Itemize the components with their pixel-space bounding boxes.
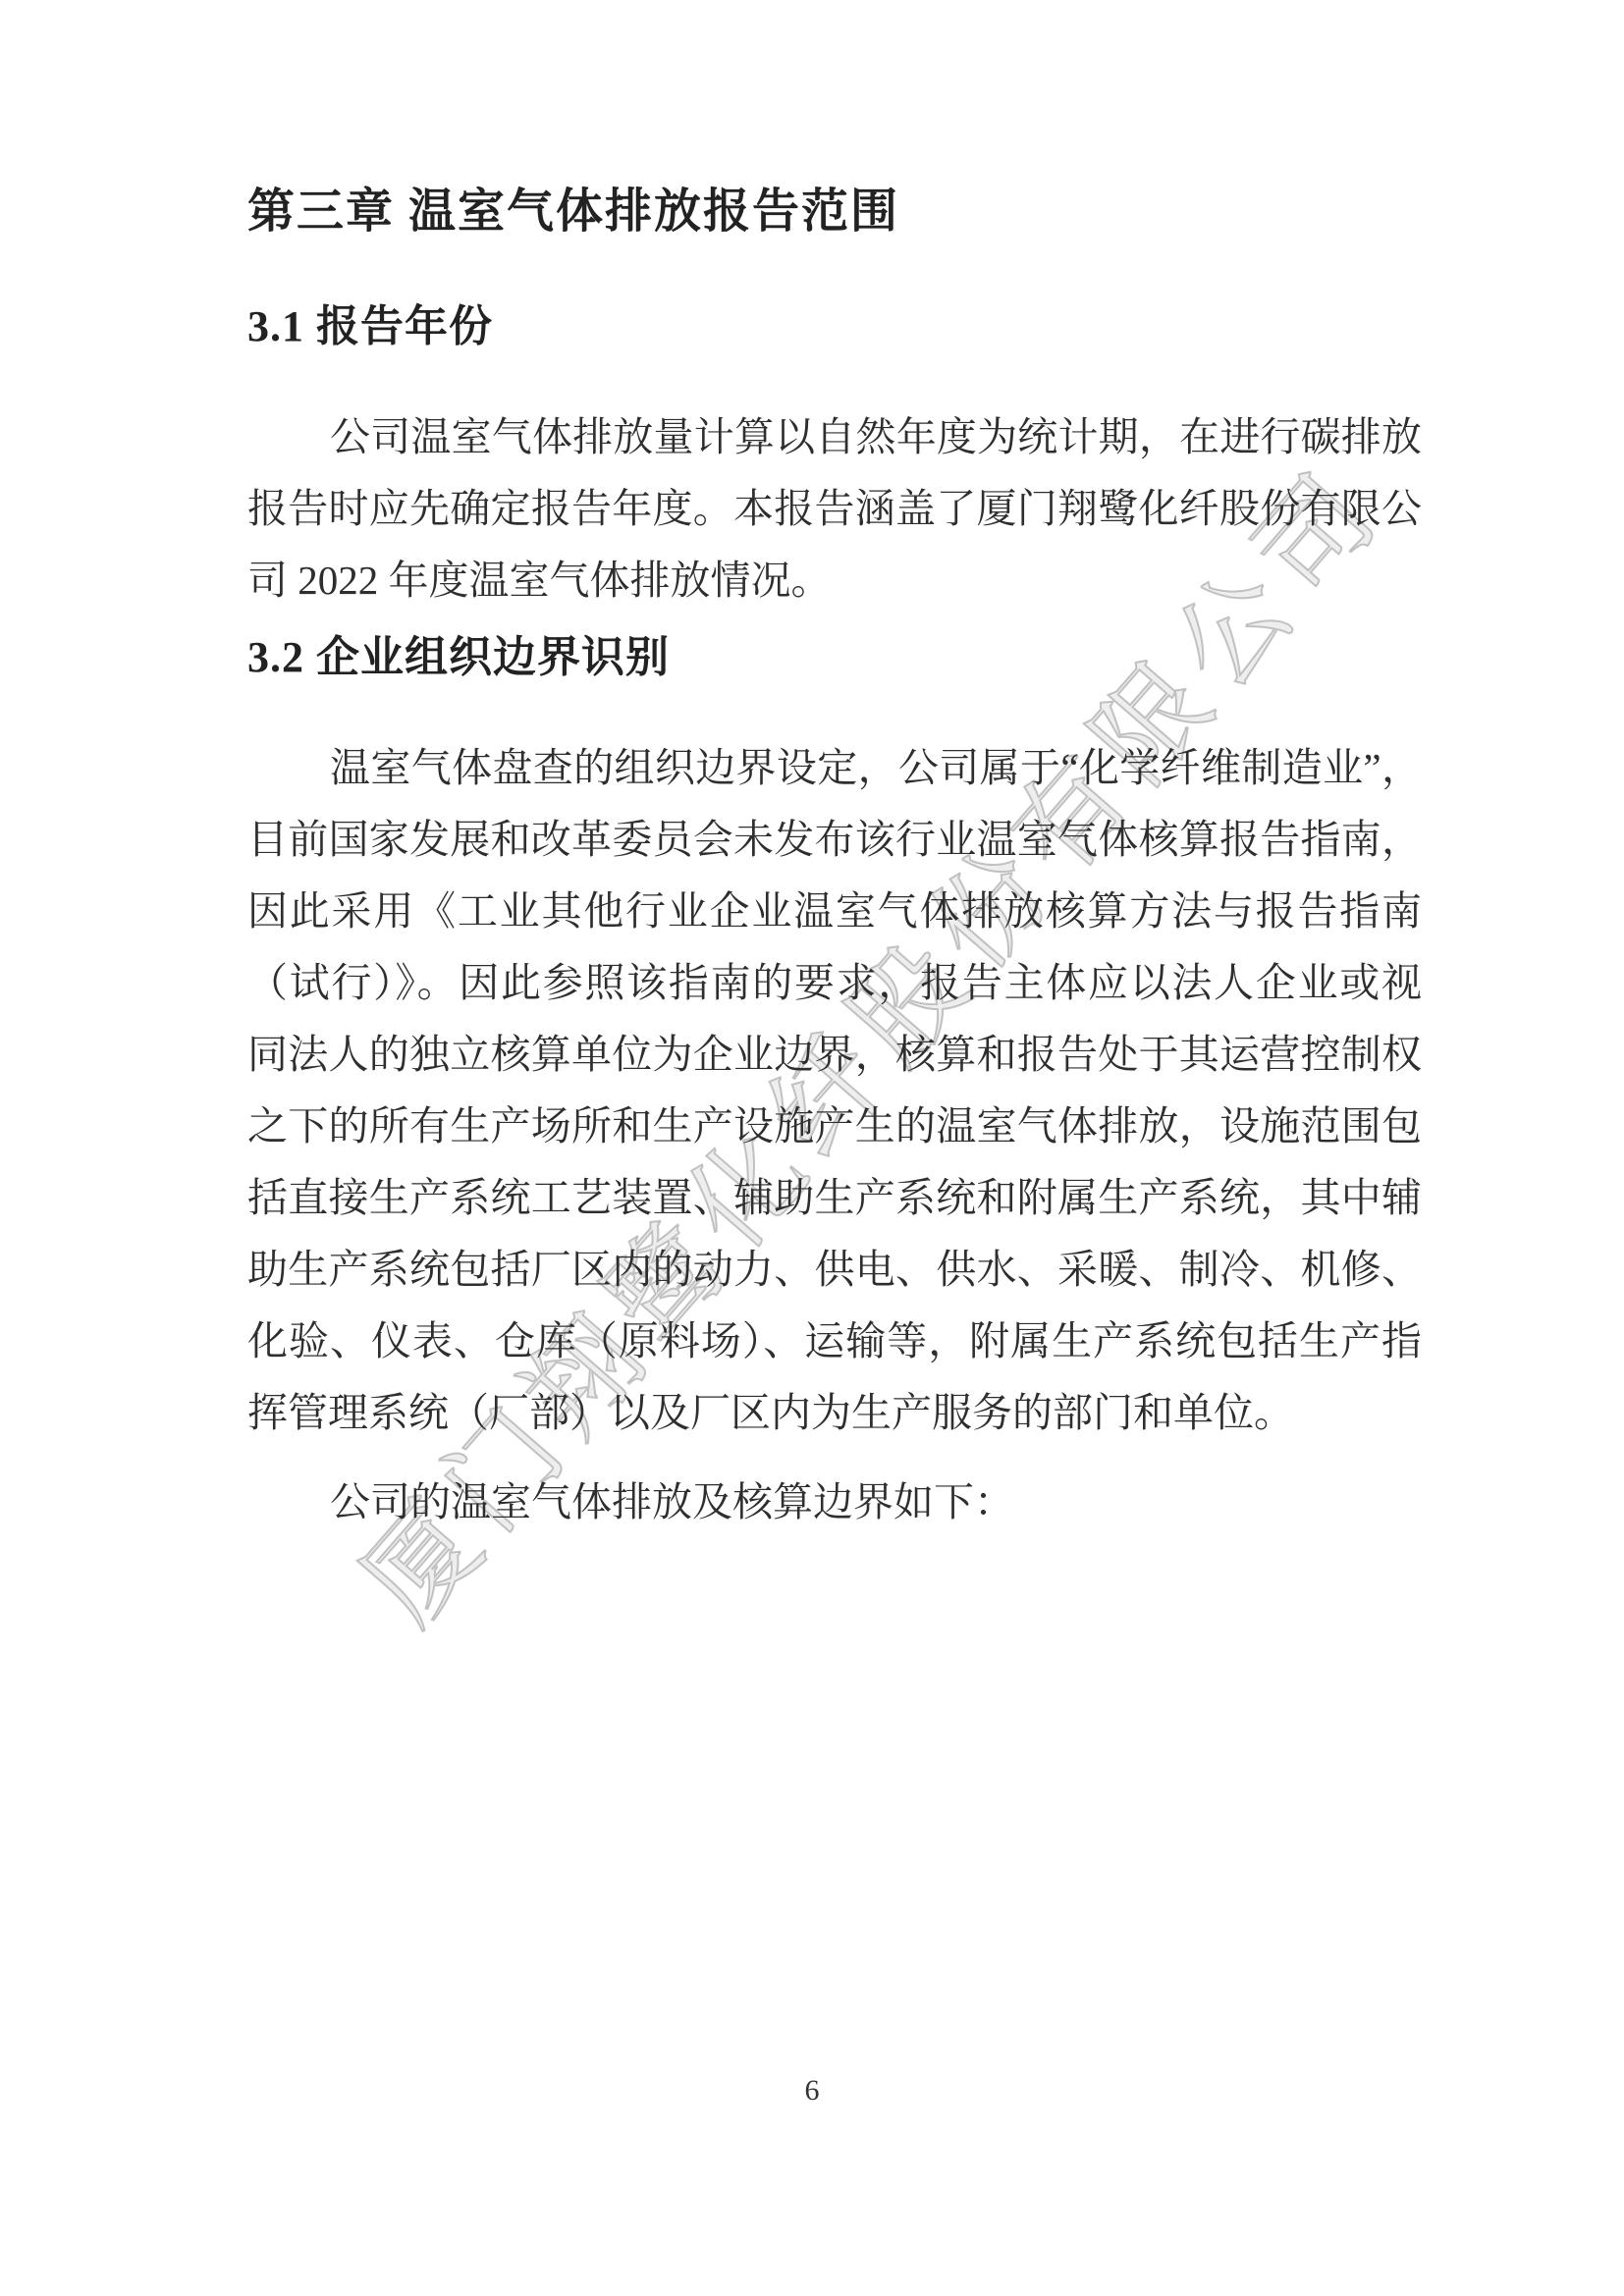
section-3-2-heading: 3.2 企业组织边界识别	[247, 630, 1422, 685]
section-3-1: 3.1 报告年份 公司温室气体排放量计算以自然年度为统计期，在进行碳排放 报告时…	[247, 299, 1422, 616]
text-line: 之下的所有生产场所和生产设施产生的温室气体排放，设施范围包	[247, 1091, 1422, 1162]
text-line: 报告时应先确定报告年度。本报告涵盖了厦门翔鹭化纤股份有限公	[247, 473, 1422, 545]
section-3-1-paragraph: 公司温室气体排放量计算以自然年度为统计期，在进行碳排放 报告时应先确定报告年度。…	[247, 401, 1422, 616]
page-content: 第三章 温室气体排放报告范围 3.1 报告年份 公司温室气体排放量计算以自然年度…	[247, 182, 1422, 1538]
text-line: 助生产系统包括厂区内的动力、供电、供水、采暖、制冷、机修、	[247, 1234, 1422, 1306]
text-line: 温室气体盘查的组织边界设定，公司属于“化学纤维制造业”，	[247, 732, 1422, 804]
text-line-main: 同法人的独立核算单位为企业边界，核算和报告处于其运营控制权	[247, 1032, 1422, 1077]
chapter-title: 第三章 温室气体排放报告范围	[247, 182, 1422, 242]
text-line: 挥管理系统（厂部）以及厂区内为生产服务的部门和单位。	[247, 1377, 1422, 1449]
text-line: 司 2022 年度温室气体排放情况。	[247, 545, 1422, 616]
page-footer: 6	[0, 2073, 1624, 2109]
page-number: 6	[805, 2073, 820, 2109]
text-line: 化验、仪表、仓库（原料场）、运输等，附属生产系统包括生产指	[247, 1306, 1422, 1377]
text-line: 括直接生产系统工艺装置、辅助生产系统和附属生产系统，其中辅	[247, 1162, 1422, 1234]
section-3-2-paragraph-1: 温室气体盘查的组织边界设定，公司属于“化学纤维制造业”， 目前国家发展和改革委员…	[247, 732, 1422, 1449]
text-line: （试行）》。因此参照该指南的要求，报告主体应以法人企业或视	[247, 947, 1422, 1019]
document-page: 厦门翔鹭化纤股份有限公司 第三章 温室气体排放报告范围 3.1 报告年份 公司温…	[0, 0, 1624, 2296]
section-3-2-paragraph-2: 公司的温室气体排放及核算边界如下：	[247, 1467, 1422, 1538]
section-3-2: 3.2 企业组织边界识别 温室气体盘查的组织边界设定，公司属于“化学纤维制造业”…	[247, 630, 1422, 1538]
text-line: 目前国家发展和改革委员会未发布该行业温室气体核算报告指南，	[247, 804, 1422, 876]
text-line: 同法人的独立核算单位为企业边界，核算和报告处于其运营控制权 2	[247, 1019, 1422, 1091]
text-line: 公司温室气体排放量计算以自然年度为统计期，在进行碳排放	[247, 401, 1422, 473]
text-line: 公司的温室气体排放及核算边界如下：	[247, 1467, 1422, 1538]
text-line: 因此采用《工业其他行业企业温室气体排放核算方法与报告指南	[247, 876, 1422, 947]
section-3-1-heading: 3.1 报告年份	[247, 299, 1422, 354]
